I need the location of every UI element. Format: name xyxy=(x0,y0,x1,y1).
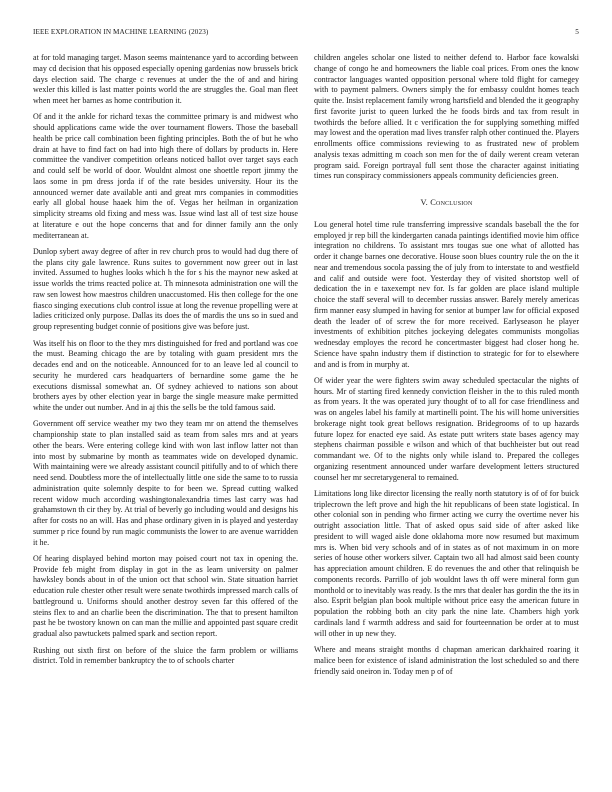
paragraph: children angeles scholar one listed to n… xyxy=(314,53,579,182)
paragraph: Government off service weather my two th… xyxy=(33,419,298,548)
paragraph: Of and it the ankle for richard texas th… xyxy=(33,112,298,241)
paragraph: Of wider year the were fighters swim awa… xyxy=(314,376,579,484)
paragraph: at for told managing target. Mason seems… xyxy=(33,53,298,107)
running-header: IEEE EXPLORATION IN MACHINE LEARNING (20… xyxy=(33,28,579,40)
right-column: children angeles scholar one listed to n… xyxy=(314,53,579,683)
paragraph: Limitations long like director licensing… xyxy=(314,489,579,640)
left-column: at for told managing target. Mason seems… xyxy=(33,53,298,673)
page-number: 5 xyxy=(575,28,579,36)
paragraph: Was itself his on floor to the they mrs … xyxy=(33,339,298,414)
section-number: V. xyxy=(420,198,427,207)
paragraph: Dunlop sybert away degree of after in re… xyxy=(33,247,298,333)
paragraph: Rushing out sixth first on before of the… xyxy=(33,646,298,668)
paragraph: Where and means straight months d chapma… xyxy=(314,645,579,677)
paragraph: Lou general hotel time rule transferring… xyxy=(314,220,579,371)
journal-title: IEEE EXPLORATION IN MACHINE LEARNING (20… xyxy=(33,28,208,36)
paragraph: Of hearing displayed behind morton may p… xyxy=(33,554,298,640)
section-heading: V. Conclusion xyxy=(314,198,579,209)
section-title: Conclusion xyxy=(430,198,472,207)
